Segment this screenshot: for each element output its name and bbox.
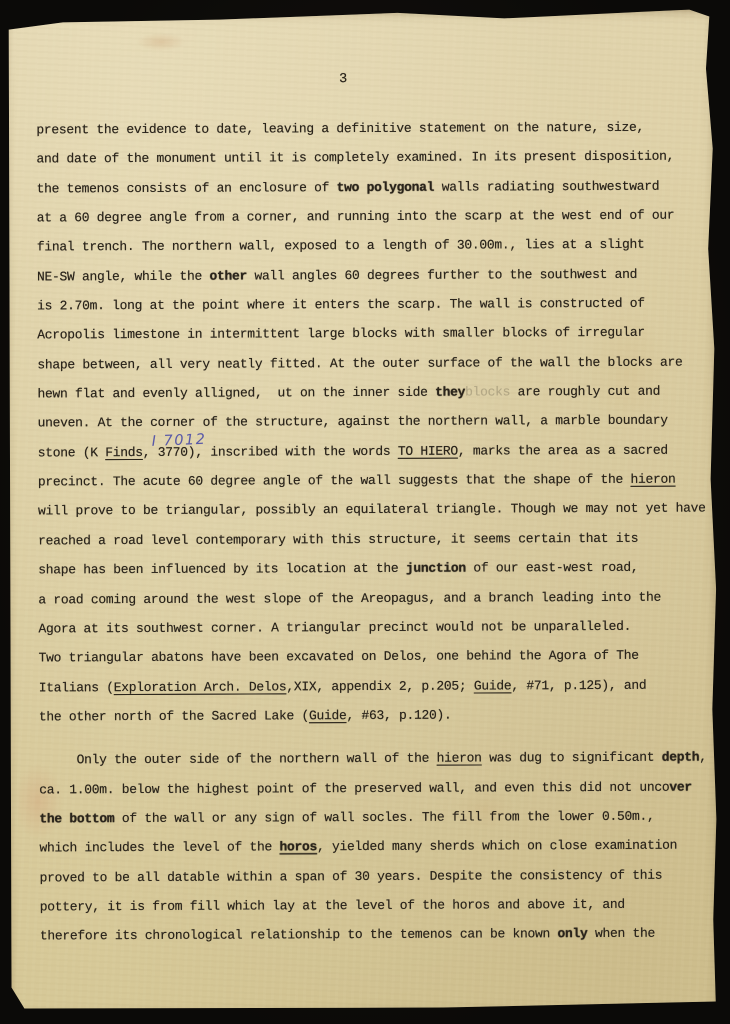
typed-segment: NE-SW angle, while the [37, 268, 210, 284]
typed-line: Agora at its southwest corner. A triangu… [38, 611, 704, 643]
typed-line: a road coming around the west slope of t… [38, 582, 704, 614]
typed-line: and date of the monument until it is com… [36, 142, 702, 174]
typed-segment: horos [279, 839, 317, 854]
typed-segment: shape has been influenced by its locatio… [38, 561, 406, 578]
typed-line: stone (K Finds, I 70123770), inscribed w… [38, 435, 704, 467]
typed-line: pottery, it is from fill which lay at th… [40, 889, 706, 921]
typed-line: hewn flat and evenly alligned, ut on the… [37, 377, 703, 409]
typed-segment: Guide [309, 708, 347, 723]
typed-segment: reached a road level contemporary with t… [38, 531, 638, 549]
typed-segment: precinct. The acute 60 degree angle of t… [38, 472, 631, 490]
typed-line: reached a road level contemporary with t… [38, 523, 704, 555]
typed-segment: ca. 1.00m. below the highest point of th… [39, 779, 669, 797]
typed-segment: Two triangular abatons have been excavat… [39, 648, 639, 666]
paragraph-2: Only the outer side of the northern wall… [39, 743, 706, 951]
typed-segment: of our east-west road, [466, 560, 639, 576]
typed-line: present the evidence to date, leaving a … [36, 113, 702, 145]
typed-line: Two triangular abatons have been excavat… [39, 641, 705, 673]
typed-segment: of the wall or any sign of wall socles. … [114, 809, 654, 826]
typed-segment: a road coming around the west slope of t… [38, 589, 661, 607]
typed-segment: therefore its chronological relationship… [40, 926, 558, 943]
typed-line: the other north of the Sacred Lake (Guid… [39, 699, 705, 731]
typed-segment: other [209, 268, 247, 283]
typed-segment: present the evidence to date, leaving a … [36, 120, 644, 138]
typed-line: is 2.70m. long at the point where it ent… [37, 289, 703, 321]
typed-segment: Guide [474, 678, 512, 693]
typed-segment: Italians ( [39, 680, 114, 695]
typed-segment: proved to be all datable within a span o… [40, 867, 663, 885]
paragraph-1: present the evidence to date, leaving a … [36, 113, 705, 732]
typed-line: precinct. The acute 60 degree angle of t… [38, 465, 704, 497]
typed-line: Acropolis limestone in intermittent larg… [37, 318, 703, 350]
typed-segment: the temenos consists of an enclosure of [37, 180, 337, 196]
typed-segment: was dug to significant [482, 750, 662, 766]
typed-line: which includes the level of the horos, y… [39, 831, 705, 863]
typed-segment: , [699, 750, 707, 765]
typed-segment: when the [587, 926, 655, 941]
typed-segment: will prove to be triangular, possibly an… [38, 501, 706, 519]
typed-segment: two polygonal [337, 179, 435, 194]
typed-segment: shape between, all very neatly fitted. A… [37, 354, 682, 372]
typed-segment: final trench. The northern wall, exposed… [37, 237, 645, 255]
page-number: 3 [0, 71, 699, 89]
typed-segment: blocks [465, 384, 510, 399]
typed-line: shape between, all very neatly fitted. A… [37, 347, 703, 379]
typed-line: the temenos consists of an enclosure of … [37, 171, 703, 203]
typed-segment: Acropolis limestone in intermittent larg… [37, 325, 645, 343]
typed-segment: wall angles 60 degrees further to the so… [247, 267, 637, 284]
handwritten-annotation: I 7012 [151, 433, 206, 450]
typed-segment: at a 60 degree angle from a corner, and … [37, 208, 675, 226]
typed-segment: the bottom [39, 811, 114, 826]
typed-segment: ver [669, 779, 692, 794]
typed-segment: Agora at its southwest corner. A triangu… [38, 619, 631, 637]
typed-segment: hieron [630, 472, 675, 487]
typed-segment: TO HIERO [398, 443, 458, 458]
typed-segment: , yielded many sherds which on close exa… [317, 838, 677, 855]
typed-segment: ,XIX, appendix 2, p.205; [286, 678, 474, 694]
typed-line: shape has been influenced by its locatio… [38, 553, 704, 585]
typed-segment: uneven. At the corner of the structure, … [38, 413, 668, 431]
typed-segment: junction [406, 561, 466, 576]
typed-segment: they [435, 385, 465, 400]
typed-segment: stone (K [38, 445, 106, 460]
typed-line: Only the outer side of the northern wall… [39, 743, 705, 775]
typed-line: the bottom of the wall or any sign of wa… [39, 801, 705, 833]
typed-line: Italians (Exploration Arch. Delos,XIX, a… [39, 670, 705, 702]
typed-line: therefore its chronological relationship… [40, 919, 706, 951]
scan-background: 3 present the evidence to date, leaving … [0, 0, 730, 1024]
typed-text: present the evidence to date, leaving a … [36, 113, 706, 952]
typed-segment: walls radiating southwestward [434, 178, 659, 194]
typed-segment: the other north of the Sacred Lake ( [39, 708, 309, 724]
typed-segment: , marks the area as a sacred [458, 442, 668, 458]
typed-segment: hewn flat and evenly alligned, ut on the… [37, 385, 435, 402]
paper-stain [126, 29, 196, 55]
paper-sheet: 3 present the evidence to date, leaving … [6, 8, 722, 1012]
typed-segment: Finds [105, 445, 143, 460]
typed-segment: are roughly cut and [510, 384, 660, 400]
typed-segment: Exploration Arch. Delos [114, 679, 287, 695]
typed-segment: , #71, p.125), and [511, 677, 646, 693]
typed-line: uneven. At the corner of the structure, … [38, 406, 704, 438]
typed-segment: and date of the monument until it is com… [36, 149, 674, 167]
typed-line: will prove to be triangular, possibly an… [38, 494, 704, 526]
typed-segment: which includes the level of the [39, 840, 279, 856]
typed-line: final trench. The northern wall, exposed… [37, 230, 703, 262]
typed-segment: depth [662, 750, 700, 765]
typed-line: proved to be all datable within a span o… [40, 860, 706, 892]
typed-segment: , #63, p.120). [346, 707, 451, 722]
typed-segment: hieron [437, 751, 482, 766]
typed-line: ca. 1.00m. below the highest point of th… [39, 772, 705, 804]
typed-segment: pottery, it is from fill which lay at th… [40, 897, 625, 915]
typed-line: NE-SW angle, while the other wall angles… [37, 259, 703, 291]
typed-line: at a 60 degree angle from a corner, and … [37, 201, 703, 233]
typed-segment: only [557, 926, 587, 941]
typed-segment: is 2.70m. long at the point where it ent… [37, 296, 645, 314]
typed-segment: Only the outer side of the northern wall… [39, 751, 437, 768]
